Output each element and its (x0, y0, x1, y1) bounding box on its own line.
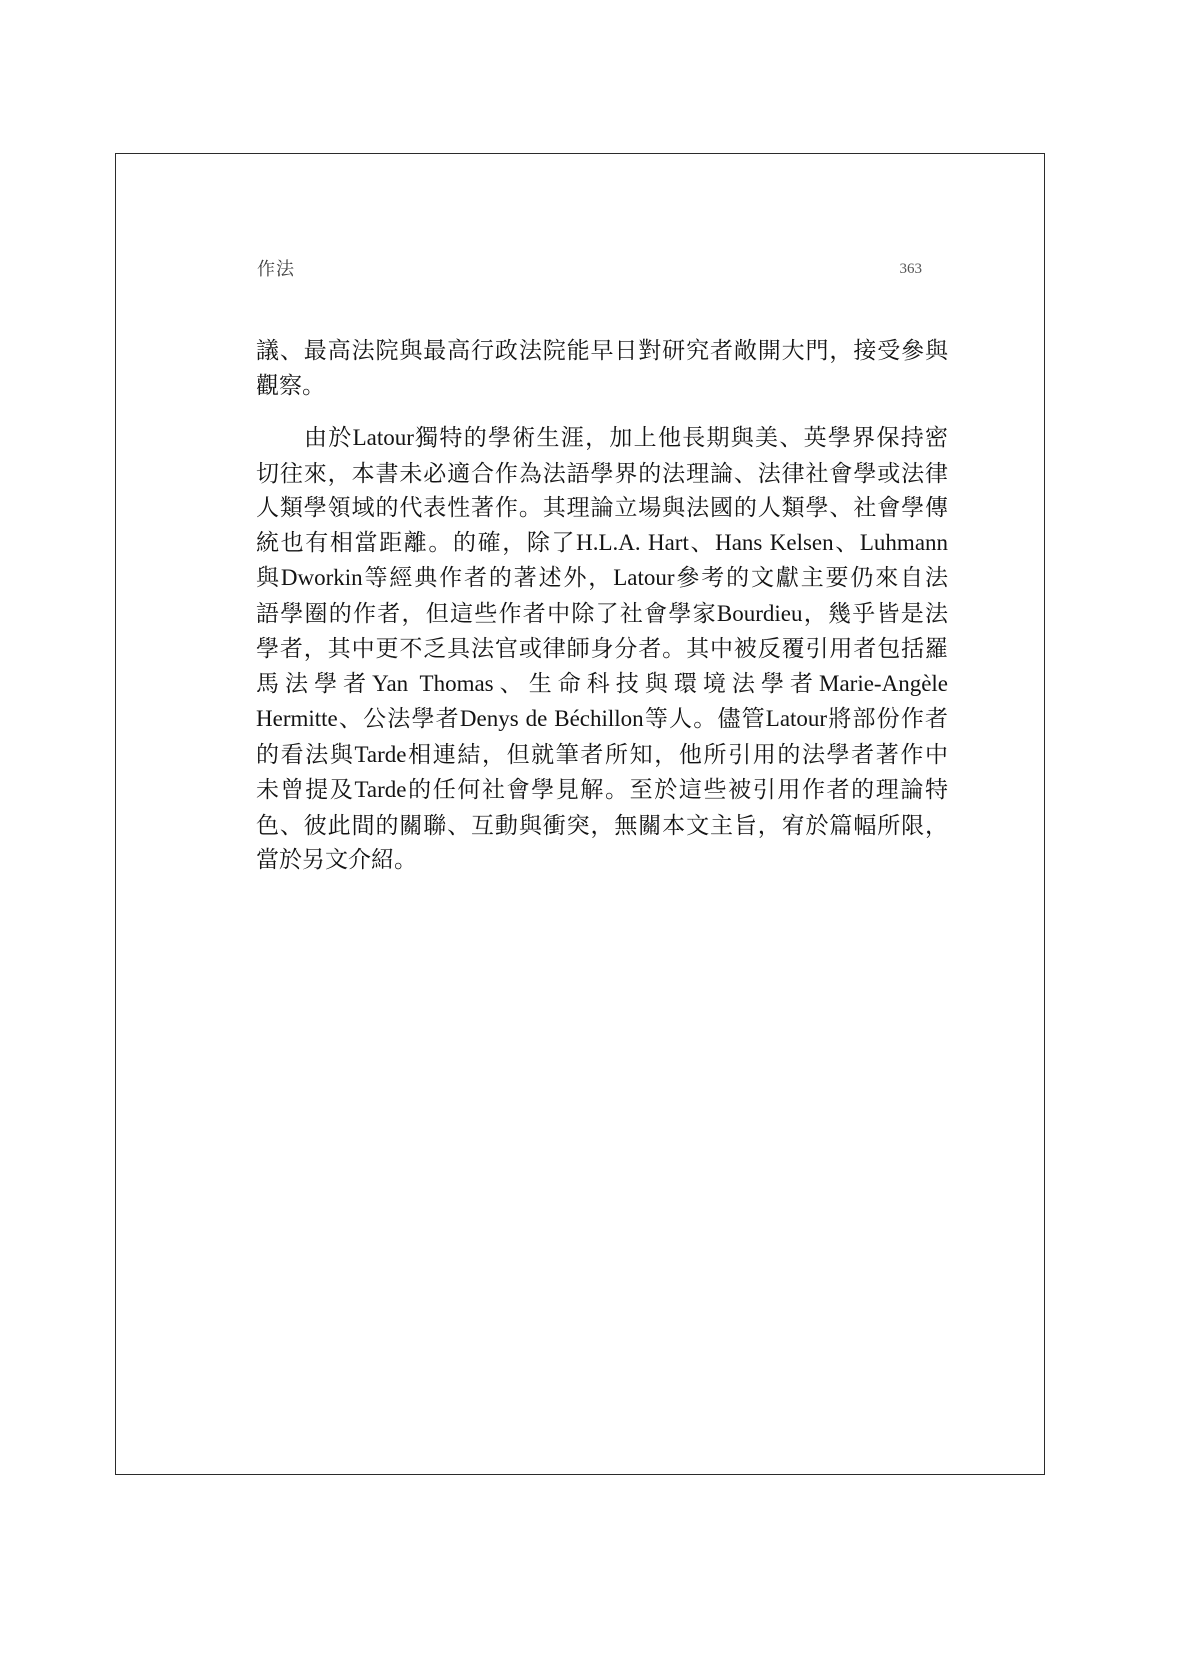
text-line: 觀察。 (256, 368, 948, 403)
latin-text: Hermitte (256, 706, 338, 731)
text-line: 統也有相當距離。的確，除了H.L.A. Hart、Hans Kelsen、Luh… (256, 525, 948, 561)
latin-text: Luhmann (860, 530, 948, 555)
latin-text: Latour (613, 565, 674, 590)
latin-text: Tarde (354, 777, 406, 802)
text-line: 切往來，本書未必適合作為法語學界的法理論、法律社會學或法律 (256, 456, 948, 491)
latin-text: Yan Thomas (372, 671, 493, 696)
latin-text: Dworkin (281, 565, 363, 590)
text-line: 馬法學者Yan Thomas、生命科技與環境法學者Marie-Angèle (256, 666, 948, 702)
text-line: 與Dworkin等經典作者的著述外，Latour參考的文獻主要仍來自法 (256, 560, 948, 596)
text-line: 人類學領域的代表性著作。其理論立場與法國的人類學、社會學傳 (256, 490, 948, 525)
latin-text: Latour (353, 425, 414, 450)
running-header-title: 作法 (257, 259, 295, 279)
text-line: 色、彼此間的關聯、互動與衝突，無關本文主旨，宥於篇幅所限， (256, 808, 948, 843)
latin-text: Marie-Angèle (819, 671, 948, 696)
paragraph: 議、最高法院與最高行政法院能早日對研究者敞開大門，接受參與觀察。 (256, 333, 948, 402)
text-line: 的看法與Tarde相連結，但就筆者所知，他所引用的法學者著作中 (256, 737, 948, 773)
text-line: 語學圈的作者，但這些作者中除了社會學家Bourdieu，幾乎皆是法 (256, 596, 948, 632)
latin-text: Hans Kelsen (715, 530, 834, 555)
latin-text: Denys de Béchillon (460, 706, 644, 731)
text-line: 學者，其中更不乏具法官或律師身分者。其中被反覆引用者包括羅 (256, 631, 948, 666)
text-line: 當於另文介紹。 (256, 842, 948, 877)
latin-text: Latour (766, 706, 827, 731)
text-line: 由於Latour獨特的學術生涯，加上他長期與美、英學界保持密 (256, 420, 948, 456)
paragraph: 由於Latour獨特的學術生涯，加上他長期與美、英學界保持密切往來，本書未必適合… (256, 420, 948, 877)
text-line: 未曾提及Tarde的任何社會學見解。至於這些被引用作者的理論特 (256, 772, 948, 808)
text-line: 議、最高法院與最高行政法院能早日對研究者敞開大門，接受參與 (256, 333, 948, 368)
latin-text: H.L.A. Hart (576, 530, 689, 555)
text-line: Hermitte、公法學者Denys de Béchillon等人。儘管Lato… (256, 701, 948, 737)
latin-text: Tarde (354, 742, 406, 767)
latin-text: Bourdieu (717, 601, 803, 626)
page-number: 363 (900, 261, 923, 278)
body-text: 議、最高法院與最高行政法院能早日對研究者敞開大門，接受參與觀察。由於Latour… (256, 333, 948, 877)
document-page: 作法 363 議、最高法院與最高行政法院能早日對研究者敞開大門，接受參與觀察。由… (0, 0, 1177, 1664)
